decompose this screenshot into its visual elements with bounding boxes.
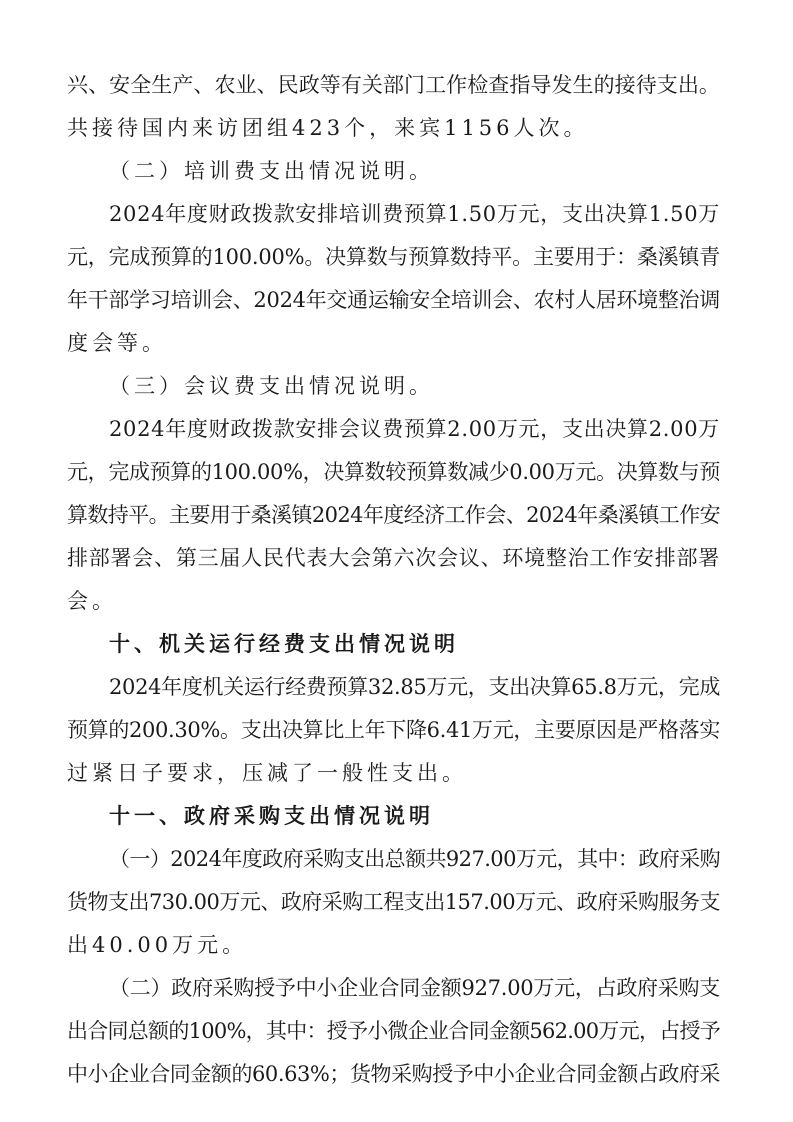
heading-text: 十一、政府采购支出情况说明 (109, 804, 434, 828)
line-text: 出40.00万元。 (67, 933, 247, 957)
line-text: （三）会议费支出情况说明。 (109, 374, 434, 398)
line-text: 算数持平。主要用于桑溪镇2024年度经济工作会、2024年桑溪镇工作安 (67, 503, 720, 527)
line-text: （二）政府采购授予中小企业合同金额927.00万元，占政府采购支 (109, 976, 720, 1000)
text-line: 元，完成预算的100.00%，决算数较预算数减少0.00万元。决算数与预 (67, 451, 723, 494)
text-line: 度会等。 (67, 322, 723, 365)
section-heading: 十一、政府采购支出情况说明 (67, 795, 723, 838)
text-line: 会。 (67, 580, 723, 623)
text-line: 出40.00万元。 (67, 924, 723, 967)
text-line: 元，完成预算的100.00%。决算数与预算数持平。主要用于：桑溪镇青 (67, 236, 723, 279)
line-text: 过紧日子要求，压减了一般性支出。 (67, 761, 467, 785)
line-text: 度会等。 (67, 331, 167, 355)
line-text: 会。 (67, 589, 117, 613)
text-line: 共接待国内来访团组423个，来宾1156人次。 (67, 107, 723, 150)
line-text: 共接待国内来访团组423个，来宾1156人次。 (67, 116, 589, 140)
line-text: 元，完成预算的100.00%，决算数较预算数减少0.00万元。决算数与预 (67, 460, 720, 484)
text-line: 兴、安全生产、农业、民政等有关部门工作检查指导发生的接待支出。 (67, 64, 723, 107)
line-text: 中小企业合同金额的60.63%；货物采购授予中小企业合同金额占政府采 (67, 1062, 720, 1086)
line-text: 年干部学习培训会、2024年交通运输安全培训会、农村人居环境整治调 (67, 288, 720, 312)
subsection-title: （二）培训费支出情况说明。 (67, 150, 723, 193)
section-heading: 十、机关运行经费支出情况说明 (67, 623, 723, 666)
text-line: 预算的200.30%。支出决算比上年下降6.41万元，主要原因是严格落实 (67, 709, 723, 752)
text-line: 中小企业合同金额的60.63%；货物采购授予中小企业合同金额占政府采 (67, 1053, 723, 1096)
text-line: 2024年度财政拨款安排会议费预算2.00万元，支出决算2.00万 (67, 408, 723, 451)
line-text: 排部署会、第三届人民代表大会第六次会议、环境整治工作安排部署 (67, 546, 720, 570)
line-text: 预算的200.30%。支出决算比上年下降6.41万元，主要原因是严格落实 (67, 718, 720, 742)
text-line: 算数持平。主要用于桑溪镇2024年度经济工作会、2024年桑溪镇工作安 (67, 494, 723, 537)
document-page: 兴、安全生产、农业、民政等有关部门工作检查指导发生的接待支出。 共接待国内来访团… (67, 64, 723, 1096)
line-text: （二）培训费支出情况说明。 (109, 159, 434, 183)
text-line: （二）政府采购授予中小企业合同金额927.00万元，占政府采购支 (67, 967, 723, 1010)
line-text: 元，完成预算的100.00%。决算数与预算数持平。主要用于：桑溪镇青 (67, 245, 720, 269)
text-line: （一）2024年度政府采购支出总额共927.00万元，其中：政府采购 (67, 838, 723, 881)
heading-text: 十、机关运行经费支出情况说明 (109, 632, 459, 656)
subsection-title: （三）会议费支出情况说明。 (67, 365, 723, 408)
text-line: 过紧日子要求，压减了一般性支出。 (67, 752, 723, 795)
text-line: 排部署会、第三届人民代表大会第六次会议、环境整治工作安排部署 (67, 537, 723, 580)
line-text: （一）2024年度政府采购支出总额共927.00万元，其中：政府采购 (109, 847, 720, 871)
line-text: 2024年度财政拨款安排培训费预算1.50万元，支出决算1.50万 (109, 202, 720, 226)
text-line: 2024年度财政拨款安排培训费预算1.50万元，支出决算1.50万 (67, 193, 723, 236)
line-text: 2024年度机关运行经费预算32.85万元，支出决算65.8万元，完成 (109, 675, 720, 699)
line-text: 出合同总额的100%，其中：授予小微企业合同金额562.00万元，占授予 (67, 1019, 720, 1043)
text-line: 货物支出730.00万元、政府采购工程支出157.00万元、政府采购服务支 (67, 881, 723, 924)
text-line: 年干部学习培训会、2024年交通运输安全培训会、农村人居环境整治调 (67, 279, 723, 322)
line-text: 2024年度财政拨款安排会议费预算2.00万元，支出决算2.00万 (109, 417, 720, 441)
line-text: 兴、安全生产、农业、民政等有关部门工作检查指导发生的接待支出。 (67, 73, 720, 97)
text-line: 2024年度机关运行经费预算32.85万元，支出决算65.8万元，完成 (67, 666, 723, 709)
text-line: 出合同总额的100%，其中：授予小微企业合同金额562.00万元，占授予 (67, 1010, 723, 1053)
line-text: 货物支出730.00万元、政府采购工程支出157.00万元、政府采购服务支 (67, 890, 720, 914)
